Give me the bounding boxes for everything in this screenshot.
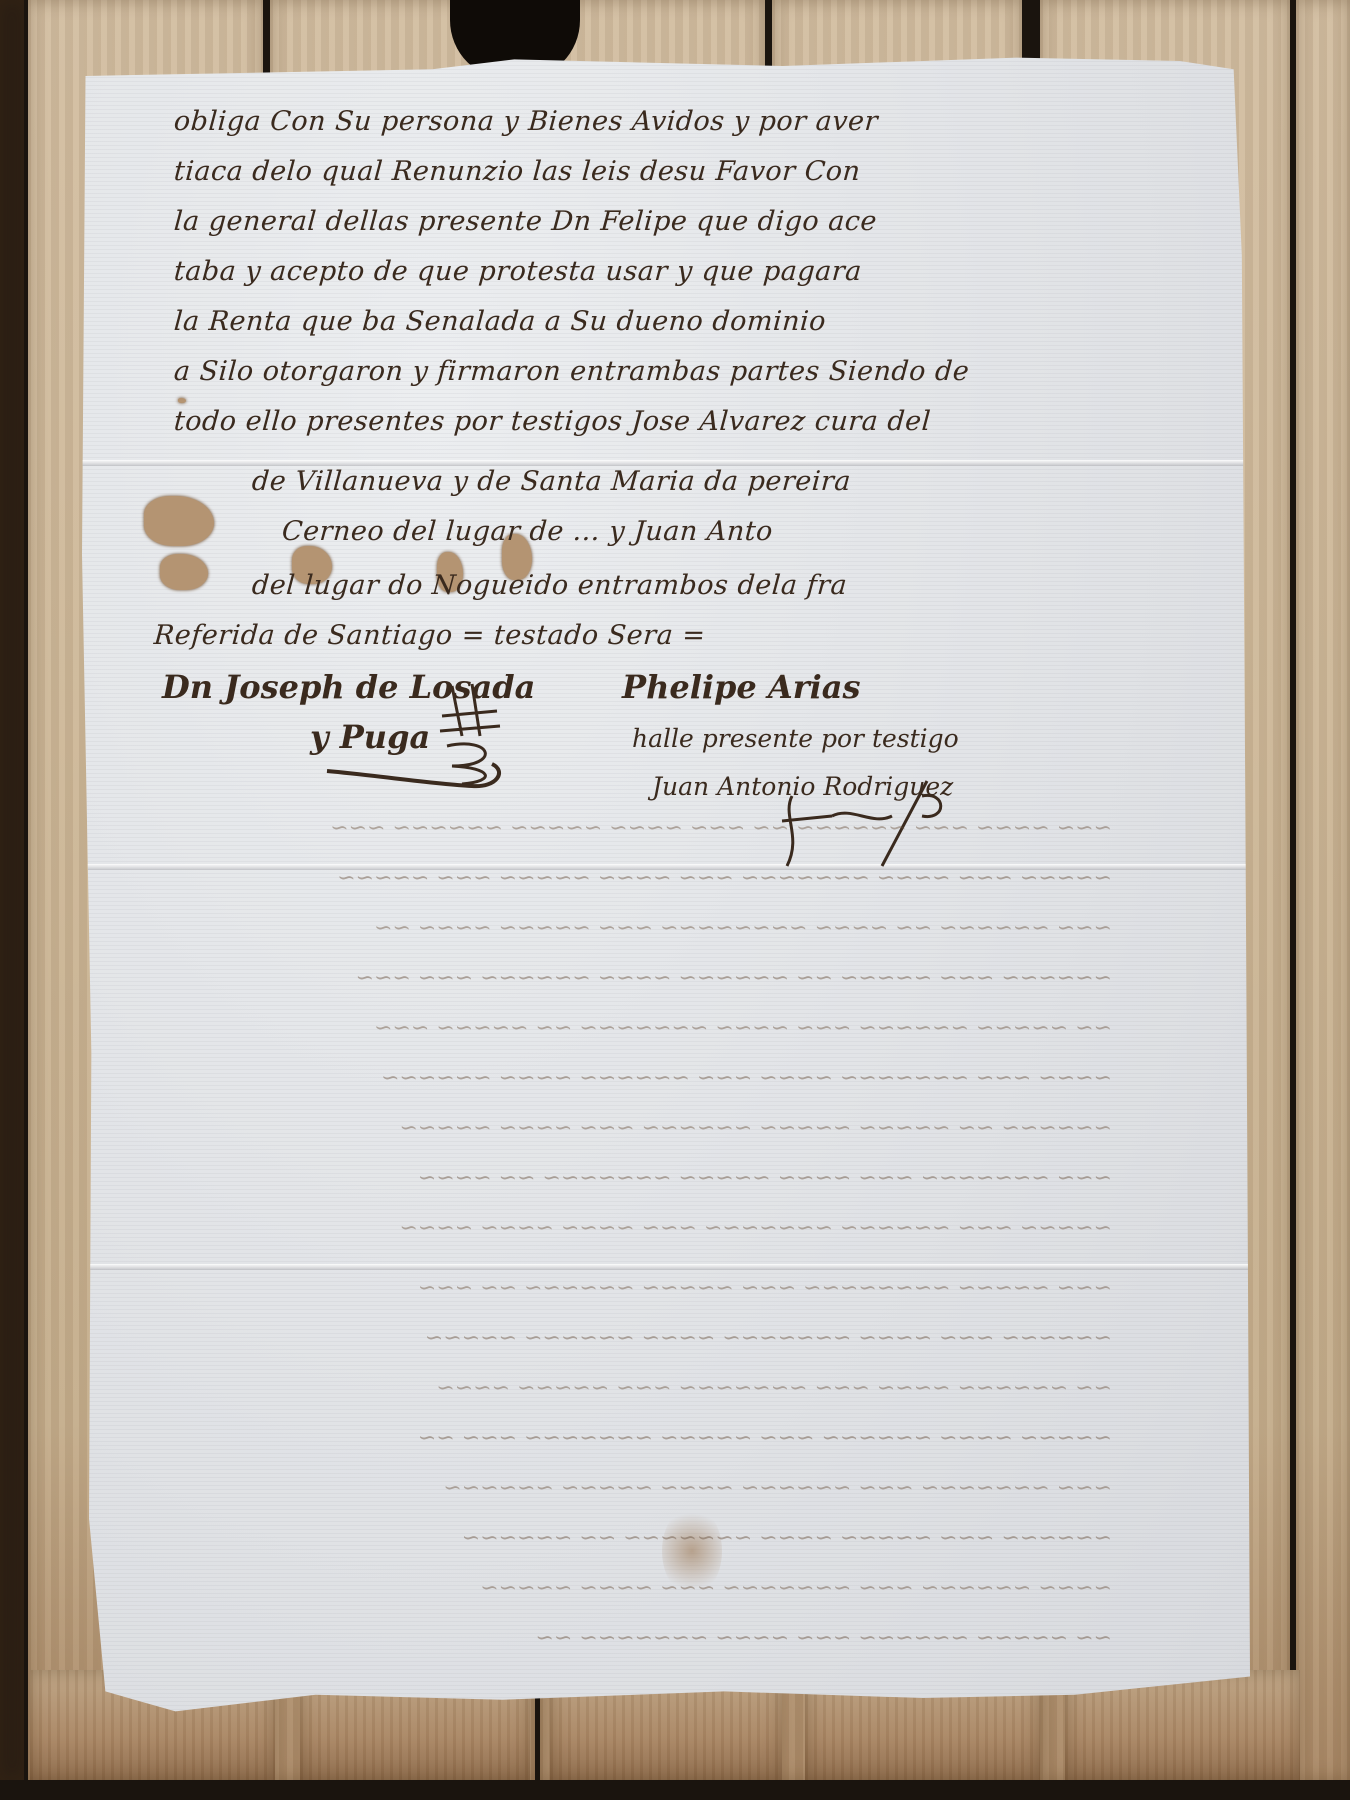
manuscript-line: de Villanueva y de Santa Maria da pereir… <box>251 466 852 497</box>
bleed-through-text: ~~~~~~ ~~~ ~~~~~ ~~~~ ~~~~~~~ ~~ ~~~~~~ <box>172 1526 1112 1551</box>
bleed-through-text: ~~ ~~~~~ ~~~~~~ ~~~ ~~~~ ~~~~~~~ ~~ ~~~~… <box>172 1016 1112 1041</box>
bleed-through-text: ~~~~~ ~~~ ~~~~~~ ~~~~~~~ ~~~ ~~~~ ~~~~ ~… <box>172 1216 1112 1241</box>
manuscript-line: todo ello presentes por testigos Jose Al… <box>173 406 932 437</box>
bleed-through-text: ~~~ ~~~~~~~ ~~~ ~~~~ ~~~~~ ~~~~~~~ ~~ ~~… <box>172 1166 1112 1191</box>
fold-crease <box>82 1264 1250 1270</box>
manuscript-line: la general dellas presente Dn Felipe que… <box>173 206 878 237</box>
bleed-through-text: ~~~~ ~~~ ~~~~~~~ ~~~~ ~~~ ~~~~~~ ~~~~ ~~… <box>172 1066 1112 1091</box>
manuscript-page: obliga Con Su persona y Bienes Avidos y … <box>82 56 1250 1718</box>
manuscript-line: a Silo otorgaron y firmaron entrambas pa… <box>173 356 971 387</box>
bleed-through-text: ~~~~ ~~~~~~ ~~~ ~~~~~~~ ~~~ ~~~~ ~~~~~ <box>172 1576 1112 1601</box>
paper-damage <box>144 496 214 546</box>
bleed-through-text: ~~ ~~~~~ ~~~~~~ ~~~ ~~~~ ~~~~~~~ ~~ <box>172 1626 1112 1651</box>
bleed-through-text: ~~~ ~~~~~~ ~~ ~~~~ ~~~~~~~~ ~~~ ~~~~~ ~~… <box>172 916 1112 941</box>
bleed-through-text: ~~~ ~~~~~~~ ~~~ ~~~~~~ ~~~~ ~~~~~ ~~~~~~ <box>172 1476 1112 1501</box>
manuscript-line: la Renta que ba Senalada a Su dueno domi… <box>173 306 827 337</box>
manuscript-line: obliga Con Su persona y Bienes Avidos y … <box>173 106 879 137</box>
manuscript-line: tiaca delo qual Renunzio las leis desu F… <box>173 156 862 187</box>
bleed-through-text: ~~~~~ ~~~~ ~~~~~~ ~~~ ~~~~~ ~~~~~~~ ~~~ … <box>172 1426 1112 1451</box>
bleed-through-text: ~~~ ~~~~~ ~~~~~~~~ ~~~ ~~~~~ ~~~~~~ ~~ ~… <box>172 1276 1112 1301</box>
bleed-through-text: ~~~~~~ ~~~ ~~~~ ~~~~~~~ ~~~~ ~~~~~~ ~~~~… <box>172 1326 1112 1351</box>
manuscript-line: taba y acepto de que protesta usar y que… <box>173 256 863 287</box>
bleed-through-text: ~~ ~~~~~~ ~~~~ ~~~ ~~~~~~~ ~~~ ~~~~~ ~~~… <box>172 1376 1112 1401</box>
manuscript-line: Referida de Santiago = testado Sera = <box>153 620 707 651</box>
bleed-through-text: ~~~~~ ~~~ ~~~~ ~~~~~~~ ~~~ ~~~~ ~~~~~ ~~… <box>172 866 1112 891</box>
paper-damage <box>178 398 186 403</box>
paper-damage <box>160 554 208 590</box>
bleed-through-text: ~~~ ~~~~ ~~~ ~~~~~~ ~~ ~~~ ~~~~ ~~~~~ ~~… <box>172 816 1112 841</box>
manuscript-line: Cerneo del lugar de ... y Juan Anto <box>281 516 774 547</box>
signature-flourish-icon <box>322 676 522 796</box>
witness-note: halle presente por testigo <box>632 724 959 753</box>
manuscript-line: del lugar do Nogueido entrambos dela fra <box>251 570 848 601</box>
signature-arias: Phelipe Arias <box>622 668 860 706</box>
bleed-through-text: ~~~~~~ ~~ ~~~~~ ~~~~~ ~~~~~~ ~~~ ~~~~ ~~… <box>172 1116 1112 1141</box>
plank <box>1296 0 1350 1780</box>
bleed-through-text: ~~~~~~ ~~~ ~~~~~ ~~ ~~~~~~ ~~~~ ~~~~~~ ~… <box>172 966 1112 991</box>
plank-edge <box>0 0 24 1780</box>
